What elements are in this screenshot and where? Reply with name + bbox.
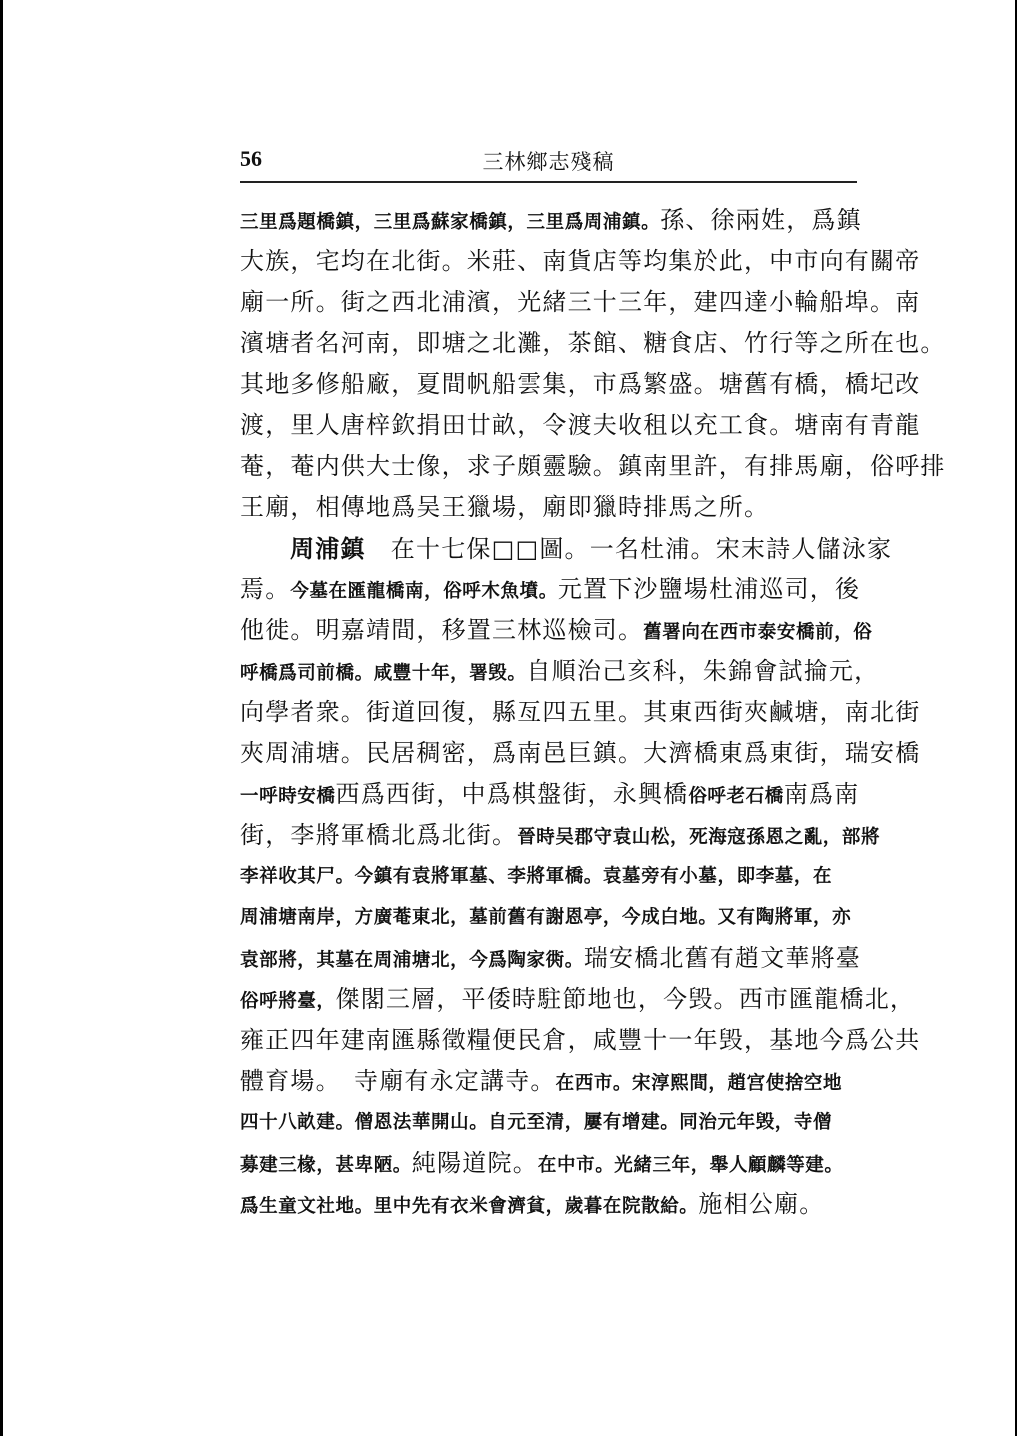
text-line: 四十八畝建。僧恩法華開山。自元至清，屢有增建。同治元年毁，寺僧 [240,1102,860,1143]
annotation-text: 募建三椽，甚卑陋。 [240,1155,412,1176]
text-line: 俗呼將臺，傑閣三層，平倭時駐節地也，今毁。西市匯龍橋北， [240,979,860,1020]
main-text: 施相公廟。 [698,1190,824,1218]
main-text: 西爲西街，中爲棋盤街，永興橋 [336,780,689,808]
text-line: 廟一所。街之西北浦濱，光緒三十三年，建四達小輪船埠。南 [240,282,860,323]
book-title: 三林鄉志殘稿 [240,146,857,176]
text-line: 募建三椽，甚卑陋。純陽道院。在中市。光緒三年，舉人顧麟等建。 [240,1143,860,1184]
running-head: 56 三林鄉志殘稿 [240,140,857,180]
text-line: 爲生童文社地。里中先有衣米會濟貧，歲暮在院散給。施相公廟。 [240,1184,860,1225]
text-line: 雍正四年建南匯縣徵糧便民倉，咸豐十一年毁，基地今爲公共 [240,1020,860,1061]
annotation-text: 呼橋爲司前橋。咸豐十年，署毁。 [240,663,527,684]
main-text: 瑞安橋北舊有趙文華將臺 [584,944,861,972]
annotation-text: 袁部將，其墓在周浦塘北，今爲陶家衖。 [240,950,584,971]
header-rule [240,181,857,183]
text-line: 一呼時安橋西爲西街，中爲棋盤街，永興橋俗呼老石橋南爲南 [240,774,860,815]
main-text: 在十七保□□圖。一名杜浦。宋末詩人儲泳家 [366,535,893,563]
main-text: 雍正四年建南匯縣徵糧便民倉，咸豐十一年毁，基地今爲公共 [240,1026,920,1054]
main-text: 濱塘者名河南，即塘之北灘，茶館、糖食店、竹行等之所在也。 [240,329,946,357]
text-line: 夾周浦塘。民居稠密，爲南邑巨鎮。大濟橋東爲東街，瑞安橋 [240,733,860,774]
text-line: 呼橋爲司前橋。咸豐十年，署毁。自順治己亥科，朱錦會試掄元， [240,651,860,692]
main-text: 王廟，相傳地爲吴王獵場，廟即獵時排馬之所。 [240,493,769,521]
text-line: 濱塘者名河南，即塘之北灘，茶館、糖食店、竹行等之所在也。 [240,323,860,364]
main-text: 傑閣三層，平倭時駐節地也，今毁。西市匯龍橋北， [336,985,916,1013]
main-text: 夾周浦塘。民居稠密，爲南邑巨鎮。大濟橋東爲東街，瑞安橋 [240,739,920,767]
text-line: 焉。今墓在匯龍橋南，俗呼木魚墳。元置下沙鹽場杜浦巡司，後 [240,569,860,610]
text-line: 李祥收其尸。今鎮有袁將軍墓、李將軍橋。袁墓旁有小墓，即李墓，在 [240,856,860,897]
text-line: 袁部將，其墓在周浦塘北，今爲陶家衖。瑞安橋北舊有趙文華將臺 [240,938,860,979]
annotation-text: 李祥收其尸。今鎮有袁將軍墓、李將軍橋。袁墓旁有小墓，即李墓，在 [240,866,832,887]
text-line: 王廟，相傳地爲吴王獵場，廟即獵時排馬之所。 [240,487,860,528]
body-text: 三里爲題橋鎮，三里爲蘇家橋鎮，三里爲周浦鎮。孫、徐兩姓，爲鎮大族，宅均在北街。米… [240,200,860,1225]
annotation-text: 三里爲題橋鎮，三里爲蘇家橋鎮，三里爲周浦鎮。 [240,212,660,233]
main-text: 向學者衆。街道回復，縣亙四五里。其東西街夾鹹塘，南北街 [240,698,920,726]
main-text: 廟一所。街之西北浦濱，光緒三十三年，建四達小輪船埠。南 [240,288,920,316]
main-text: 純陽道院。 [412,1149,538,1177]
text-line: 三里爲題橋鎮，三里爲蘇家橋鎮，三里爲周浦鎮。孫、徐兩姓，爲鎮 [240,200,860,241]
text-line: 渡，里人唐梓欽捐田廿畝，令渡夫收租以充工食。塘南有青龍 [240,405,860,446]
main-text: 菴，菴内供大士像，求子頗靈驗。鎮南里許，有排馬廟，俗呼排 [240,452,946,480]
main-text: 體育場。 [240,1067,329,1095]
annotation-text: 周浦塘南岸，方廣菴東北，墓前舊有謝恩亭，今成白地。又有陶將軍，亦 [240,907,851,928]
main-text: 寺廟有永定講寺。 [329,1067,556,1095]
annotation-text: 四十八畝建。僧恩法華開山。自元至清，屢有增建。同治元年毁，寺僧 [240,1112,832,1133]
text-line: 周浦塘南岸，方廣菴東北，墓前舊有謝恩亭，今成白地。又有陶將軍，亦 [240,897,860,938]
text-line: 其地多修船廠，夏間帆船雲集，市爲繁盛。塘舊有橋，橋圮改 [240,364,860,405]
text-line: 周浦鎮 在十七保□□圖。一名杜浦。宋末詩人儲泳家 [240,528,860,569]
annotation-text: 俗呼將臺， [240,991,336,1012]
main-text: 渡，里人唐梓欽捐田廿畝，令渡夫收租以充工食。塘南有青龍 [240,411,920,439]
main-text: 南爲南 [784,780,860,808]
annotation-text: 舊署向在西市泰安橋前，俗 [643,622,872,643]
text-line: 菴，菴内供大士像，求子頗靈驗。鎮南里許，有排馬廟，俗呼排 [240,446,860,487]
annotation-text: 俗呼老石橋 [688,786,784,807]
annotation-text: 一呼時安橋 [240,786,336,807]
main-text: 孫、徐兩姓，爲鎮 [660,206,862,234]
main-text: 大族，宅均在北街。米莊、南貨店等均集於此，中市向有關帝 [240,247,920,275]
main-text: 元置下沙鹽場杜浦巡司，後 [558,575,860,603]
annotation-text: 在中市。光緒三年，舉人顧麟等建。 [538,1155,844,1176]
main-text: 街，李將軍橋北爲北街。 [240,821,517,849]
annotation-text: 爲生童文社地。里中先有衣米會濟貧，歲暮在院散給。 [240,1196,698,1217]
annotation-text: 在西市。宋淳熙間，趙宫使捨空地 [556,1073,843,1094]
text-line: 大族，宅均在北街。米莊、南貨店等均集於此，中市向有關帝 [240,241,860,282]
text-line: 他徙。明嘉靖間，移置三林巡檢司。舊署向在西市泰安橋前，俗 [240,610,860,651]
annotation-text: 晉時吴郡守袁山松，死海寇孫恩之亂，部將 [517,827,880,848]
annotation-text: 今墓在匯龍橋南，俗呼木魚墳。 [290,581,557,602]
text-line: 體育場。 寺廟有永定講寺。在西市。宋淳熙間，趙宫使捨空地 [240,1061,860,1102]
text-line: 街，李將軍橋北爲北街。晉時吴郡守袁山松，死海寇孫恩之亂，部將 [240,815,860,856]
main-text: 焉。 [240,575,290,603]
main-text: 其地多修船廠，夏間帆船雲集，市爲繁盛。塘舊有橋，橋圮改 [240,370,920,398]
main-text: 自順治己亥科，朱錦會試掄元， [527,657,880,685]
main-text: 他徙。明嘉靖間，移置三林巡檢司。 [240,616,643,644]
entry-heading: 周浦鎮 [290,534,366,563]
text-line: 向學者衆。街道回復，縣亙四五里。其東西街夾鹹塘，南北街 [240,692,860,733]
